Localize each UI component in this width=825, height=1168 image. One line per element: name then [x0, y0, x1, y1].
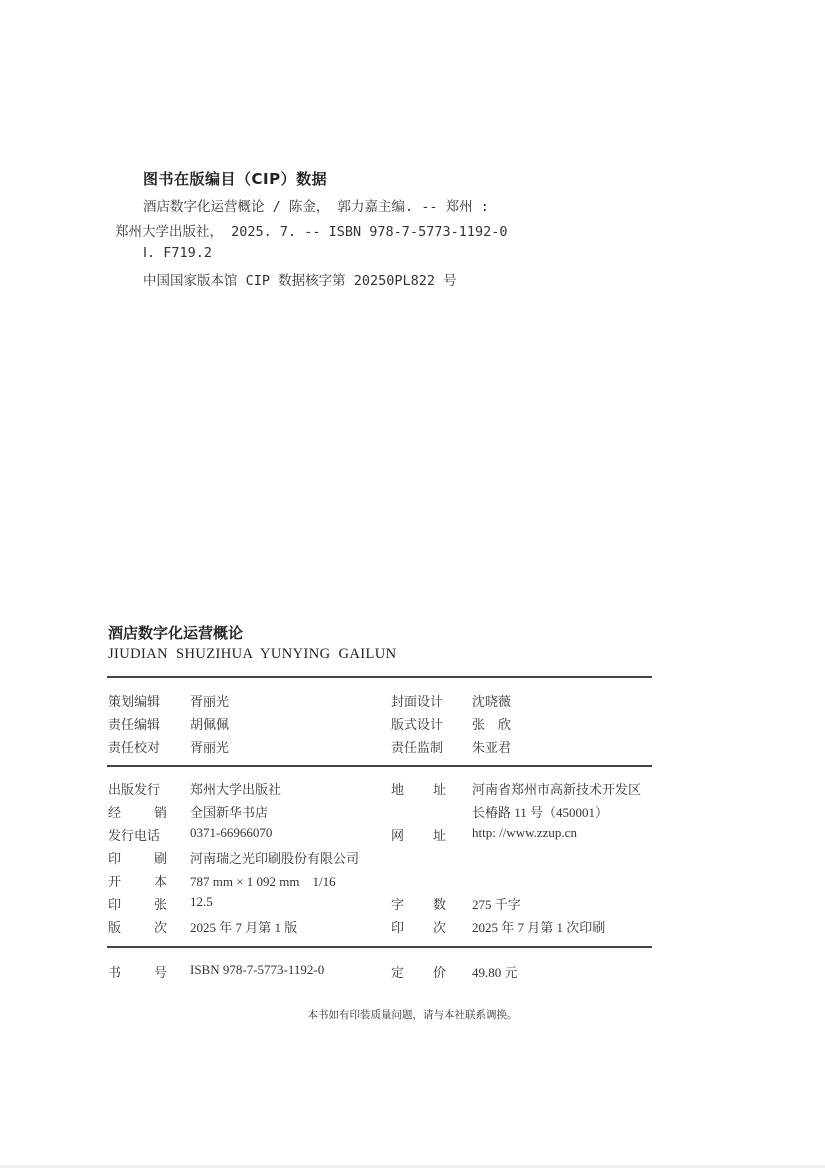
pub-value: 2025 年 7 月第 1 次印刷 — [472, 917, 605, 936]
price-value: 49.80 元 — [472, 962, 518, 981]
cip-line-2: 郑州大学出版社， 2025. 7. -- ISBN 978-7-5773-119… — [115, 220, 507, 240]
pub-label: 本 — [154, 871, 167, 890]
credit-value: 胥丽光 — [190, 737, 229, 756]
pub-label: 址 — [433, 825, 446, 844]
pub-value: 全国新华书店 — [190, 802, 268, 821]
pub-label: 网 — [391, 825, 404, 844]
pub-value: 12.5 — [190, 894, 213, 910]
credit-label: 版式设计 — [391, 714, 443, 733]
divider-rule — [107, 765, 652, 767]
credit-label: 责任校对 — [108, 737, 160, 756]
pub-label: 版 — [108, 917, 121, 936]
pub-label: 经 — [108, 802, 121, 821]
pub-label: 出版发行 — [108, 779, 160, 798]
pub-value: 2025 年 7 月第 1 版 — [190, 917, 297, 936]
credit-value: 胡佩佩 — [190, 714, 229, 733]
isbn-value: ISBN 978-7-5773-1192-0 — [190, 962, 324, 978]
pub-label: 刷 — [154, 848, 167, 867]
cip-line-4: 中国国家版本馆 CIP 数据核字第 20250PL822 号 — [143, 269, 457, 289]
pub-row-publisher: 出版发行 郑州大学出版社 地 址 河南省郑州市高新技术开发区 — [108, 779, 653, 799]
credit-value: 沈晓薇 — [472, 691, 511, 710]
pub-value: 787 mm × 1 092 mm 1/16 — [190, 871, 336, 890]
credit-label: 封面设计 — [391, 691, 443, 710]
pub-value: 0371-66966070 — [190, 825, 272, 841]
cip-line-3: Ⅰ. F719.2 — [143, 245, 212, 261]
pub-label: 张 — [154, 894, 167, 913]
pub-label: 地 — [391, 779, 404, 798]
pub-row-distributor: 经 销 全国新华书店 长椿路 11 号（450001） — [108, 802, 653, 822]
pub-row-phone: 发行电话 0371-66966070 网 址 http: //www.zzup.… — [108, 825, 653, 845]
book-pinyin-title: JIUDIAN SHUZIHUA YUNYING GAILUN — [108, 646, 396, 663]
isbn-label: 号 — [154, 962, 167, 981]
pub-row-printer: 印 刷 河南瑞之光印刷股份有限公司 — [108, 848, 653, 868]
website-link: http: //www.zzup.cn — [472, 825, 577, 841]
pub-value: 长椿路 11 号（450001） — [472, 802, 608, 821]
credit-value: 张 欣 — [472, 714, 511, 733]
pub-value: 275 千字 — [472, 894, 521, 913]
pub-value: 河南省郑州市高新技术开发区 — [472, 779, 641, 798]
credit-label: 责任监制 — [391, 737, 443, 756]
isbn-row: 书 号 ISBN 978-7-5773-1192-0 定 价 49.80 元 — [108, 962, 653, 982]
divider-rule — [107, 946, 652, 948]
pub-row-edition: 版 次 2025 年 7 月第 1 版 印 次 2025 年 7 月第 1 次印… — [108, 917, 653, 937]
divider-rule — [107, 676, 652, 678]
pub-label: 数 — [433, 894, 446, 913]
pub-row-format: 开 本 787 mm × 1 092 mm 1/16 — [108, 871, 653, 891]
quality-notice: 本书如有印装质量问题，请与本社联系调换。 — [0, 1007, 825, 1022]
pub-label: 次 — [154, 917, 167, 936]
pub-label: 址 — [433, 779, 446, 798]
credit-value: 胥丽光 — [190, 691, 229, 710]
pub-value: 河南瑞之光印刷股份有限公司 — [190, 848, 359, 867]
isbn-label: 书 — [108, 962, 121, 981]
credit-label: 责任编辑 — [108, 714, 160, 733]
pub-label: 次 — [433, 917, 446, 936]
pub-label: 印 — [391, 917, 404, 936]
book-title: 酒店数字化运营概论 — [108, 622, 243, 643]
price-label: 定 — [391, 962, 404, 981]
pub-label: 印 — [108, 894, 121, 913]
credit-row: 策划编辑 胥丽光 封面设计 沈晓薇 — [108, 691, 653, 711]
credit-value: 朱亚君 — [472, 737, 511, 756]
price-label: 价 — [433, 962, 446, 981]
pub-label: 印 — [108, 848, 121, 867]
cip-line-1: 酒店数字化运营概论 / 陈金， 郭力嘉主编. -- 郑州 : — [143, 195, 489, 215]
cip-title: 图书在版编目（CIP）数据 — [143, 168, 327, 189]
pub-label: 开 — [108, 871, 121, 890]
pub-value: 郑州大学出版社 — [190, 779, 281, 798]
credit-label: 策划编辑 — [108, 691, 160, 710]
pub-label: 销 — [154, 802, 167, 821]
credit-row: 责任校对 胥丽光 责任监制 朱亚君 — [108, 737, 653, 757]
credit-row: 责任编辑 胡佩佩 版式设计 张 欣 — [108, 714, 653, 734]
pub-label: 字 — [391, 894, 404, 913]
pub-row-sheets: 印 张 12.5 字 数 275 千字 — [108, 894, 653, 914]
pub-label: 发行电话 — [108, 825, 160, 844]
